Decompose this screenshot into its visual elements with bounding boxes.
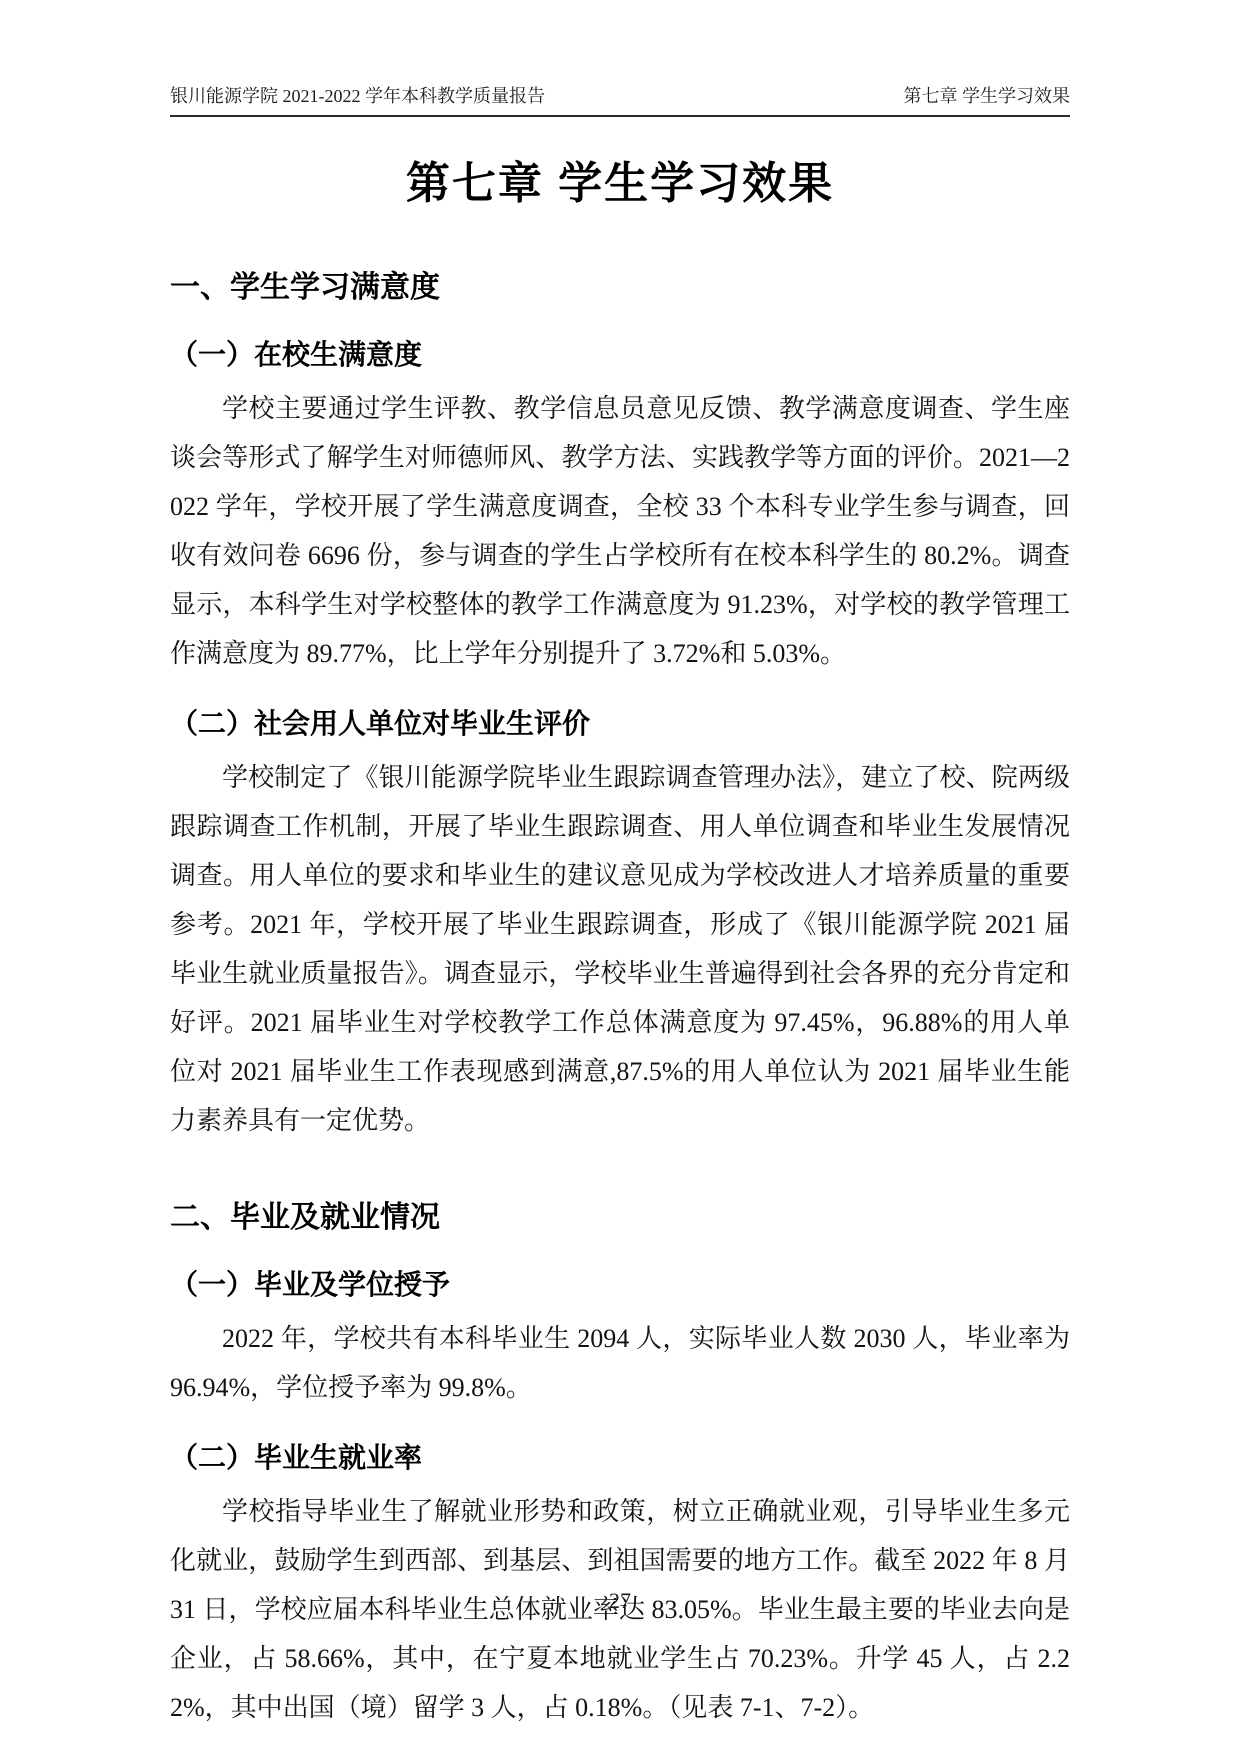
section-heading-graduation-employment: 二、毕业及就业情况: [170, 1197, 1070, 1239]
paragraph-graduation-degree: 2022 年，学校共有本科毕业生 2094 人，实际毕业人数 2030 人，毕业…: [170, 1314, 1070, 1412]
header-right-title: 第七章 学生学习效果: [904, 84, 1071, 108]
chapter-title: 第七章 学生学习效果: [170, 153, 1070, 215]
section-heading-student-satisfaction: 一、学生学习满意度: [170, 267, 1070, 309]
document-page: 银川能源学院 2021-2022 学年本科教学质量报告 第七章 学生学习效果 第…: [0, 0, 1240, 1753]
paragraph-employer-evaluation: 学校制定了《银川能源学院毕业生跟踪调查管理办法》，建立了校、院两级跟踪调查工作机…: [170, 753, 1070, 1145]
header-left-title: 银川能源学院 2021-2022 学年本科教学质量报告: [170, 84, 545, 108]
subsection-heading-employer-evaluation: （二）社会用人单位对毕业生评价: [170, 704, 1070, 744]
subsection-heading-graduation-degree: （一）毕业及学位授予: [170, 1265, 1070, 1305]
subsection-heading-enrolled-student-satisfaction: （一）在校生满意度: [170, 335, 1070, 375]
paragraph-enrolled-student-satisfaction: 学校主要通过学生评教、教学信息员意见反馈、教学满意度调查、学生座谈会等形式了解学…: [170, 384, 1070, 678]
running-header: 银川能源学院 2021-2022 学年本科教学质量报告 第七章 学生学习效果: [170, 0, 1070, 117]
subsection-heading-employment-rate: （二）毕业生就业率: [170, 1438, 1070, 1478]
page-number: 27: [0, 1588, 1240, 1614]
